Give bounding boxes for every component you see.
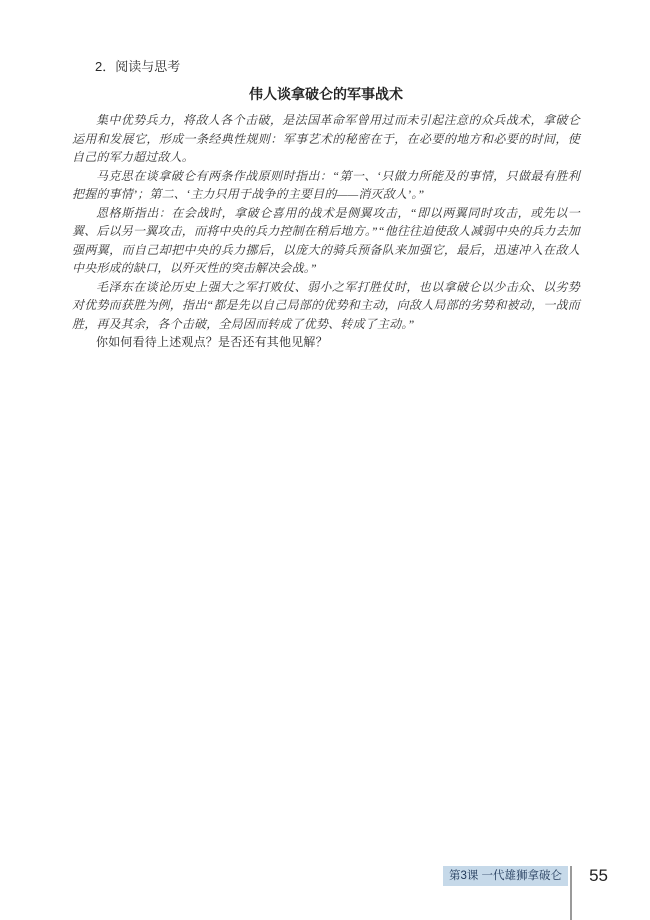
question-text: 你如何看待上述观点？是否还有其他见解？	[72, 333, 580, 352]
paragraph-mao: 毛泽东在谈论历史上强大之军打败仗、弱小之军打胜仗时，也以拿破仑以少击众、以劣势对…	[72, 278, 580, 334]
footer-divider	[570, 866, 572, 920]
page-number: 55	[589, 864, 608, 888]
paragraph-marx: 马克思在谈拿破仑有两条作战原则时指出：“第一、‘只做力所能及的事情，只做最有胜利…	[72, 167, 580, 204]
paragraph-engels: 恩格斯指出：在会战时，拿破仑喜用的战术是侧翼攻击，“即以两翼同时攻击，或先以一翼…	[72, 204, 580, 278]
paragraph-overview: 集中优势兵力，将敌人各个击破，是法国革命军曾用过而未引起注意的众兵战术，拿破仑运…	[72, 111, 580, 167]
page-content: 2．阅读与思考 伟人谈拿破仑的军事战术 集中优势兵力，将敌人各个击破，是法国革命…	[72, 58, 580, 352]
reading-title: 伟人谈拿破仑的军事战术	[72, 85, 580, 103]
lesson-label: 第3课 一代雄狮拿破仑	[443, 866, 568, 886]
textbook-page: 2．阅读与思考 伟人谈拿破仑的军事战术 集中优势兵力，将敌人各个击破，是法国革命…	[0, 0, 650, 920]
page-footer: 第3课 一代雄狮拿破仑 55	[0, 862, 650, 920]
exercise-heading: 2．阅读与思考	[95, 58, 580, 76]
